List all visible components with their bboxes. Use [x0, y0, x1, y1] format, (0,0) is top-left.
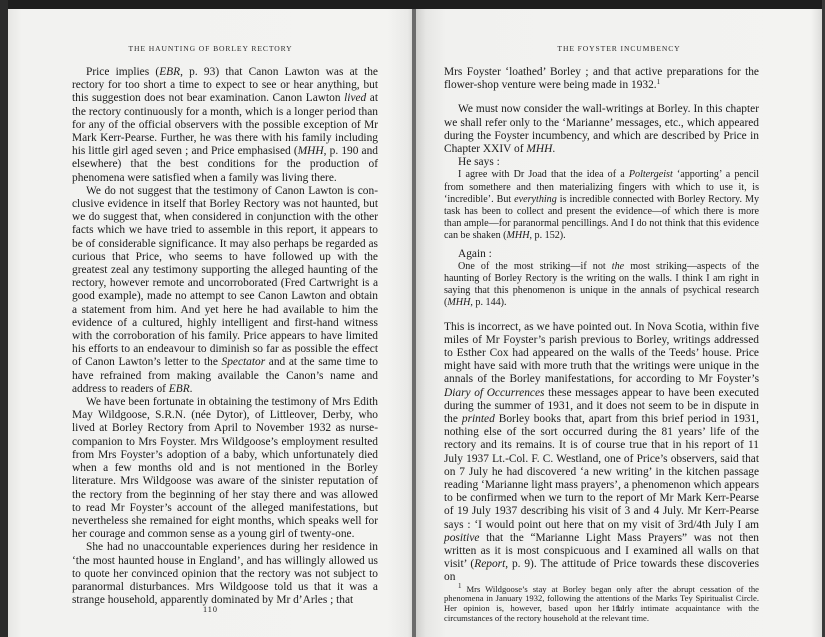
paragraph-price-implies: Price implies (EBR, p. 93) that Canon La…: [72, 66, 378, 185]
paragraph-mrs-wildgoose: We have been fortunate in obtaining the …: [72, 396, 378, 541]
right-page-body: Mrs Foyster ‘loathed’ Borley ; and that …: [444, 66, 759, 624]
italic-span: MHH: [447, 297, 470, 308]
block-quote-joad: I agree with Dr Joad that the idea of a …: [444, 169, 759, 242]
italic-span: positive: [444, 532, 479, 544]
footnote-marker: 1: [458, 582, 462, 590]
left-page-body: Price implies (EBR, p. 93) that Canon La…: [72, 66, 378, 607]
paragraph-wall-writings: We must now consider the wall-writings a…: [444, 103, 759, 156]
italic-span: Report: [474, 558, 505, 570]
italic-span: EBR: [159, 66, 180, 78]
italic-span: Poltergeist: [629, 169, 673, 180]
italic-span: the: [612, 261, 624, 272]
running-head-right: THE FOYSTER INCUMBENCY: [416, 44, 822, 53]
page-number-left: 110: [8, 605, 413, 614]
label-again: Again :: [444, 248, 759, 261]
running-head-left: THE HAUNTING OF BORLEY RECTORY: [8, 44, 413, 53]
label-he-says: He says :: [444, 156, 759, 169]
italic-span: EBR: [169, 383, 190, 395]
left-page: THE HAUNTING OF BORLEY RECTORY Price imp…: [8, 9, 413, 637]
paragraph-canon-lawton-testimony: We do not suggest that the testimony of …: [72, 185, 378, 396]
italic-span: MHH: [298, 145, 324, 157]
scanner-edge-left: [0, 0, 8, 637]
italic-span: lived: [344, 92, 366, 104]
paragraph-mrs-foyster-loathed: Mrs Foyster ‘loathed’ Borley ; and that …: [444, 66, 759, 92]
paragraph-this-is-incorrect: This is incorrect, as we have pointed ou…: [444, 321, 759, 585]
italic-span: Spectator: [222, 356, 266, 368]
italic-span: MHH: [526, 143, 552, 155]
italic-span: MHH: [507, 230, 530, 241]
book-spread: THE HAUNTING OF BORLEY RECTORY Price imp…: [0, 0, 825, 637]
right-page: THE FOYSTER INCUMBENCY Mrs Foyster ‘loat…: [416, 9, 822, 637]
page-number-right: 111: [416, 604, 822, 613]
italic-span: printed: [462, 413, 495, 425]
footnote-reference: 1: [657, 78, 661, 86]
italic-span: everything: [514, 194, 557, 205]
italic-span: Diary of Occurrences: [444, 387, 544, 399]
paragraph-no-unaccountable-experiences: She had no unaccountable experiences dur…: [72, 541, 378, 607]
block-quote-most-striking: One of the most striking—if not the most…: [444, 261, 759, 309]
